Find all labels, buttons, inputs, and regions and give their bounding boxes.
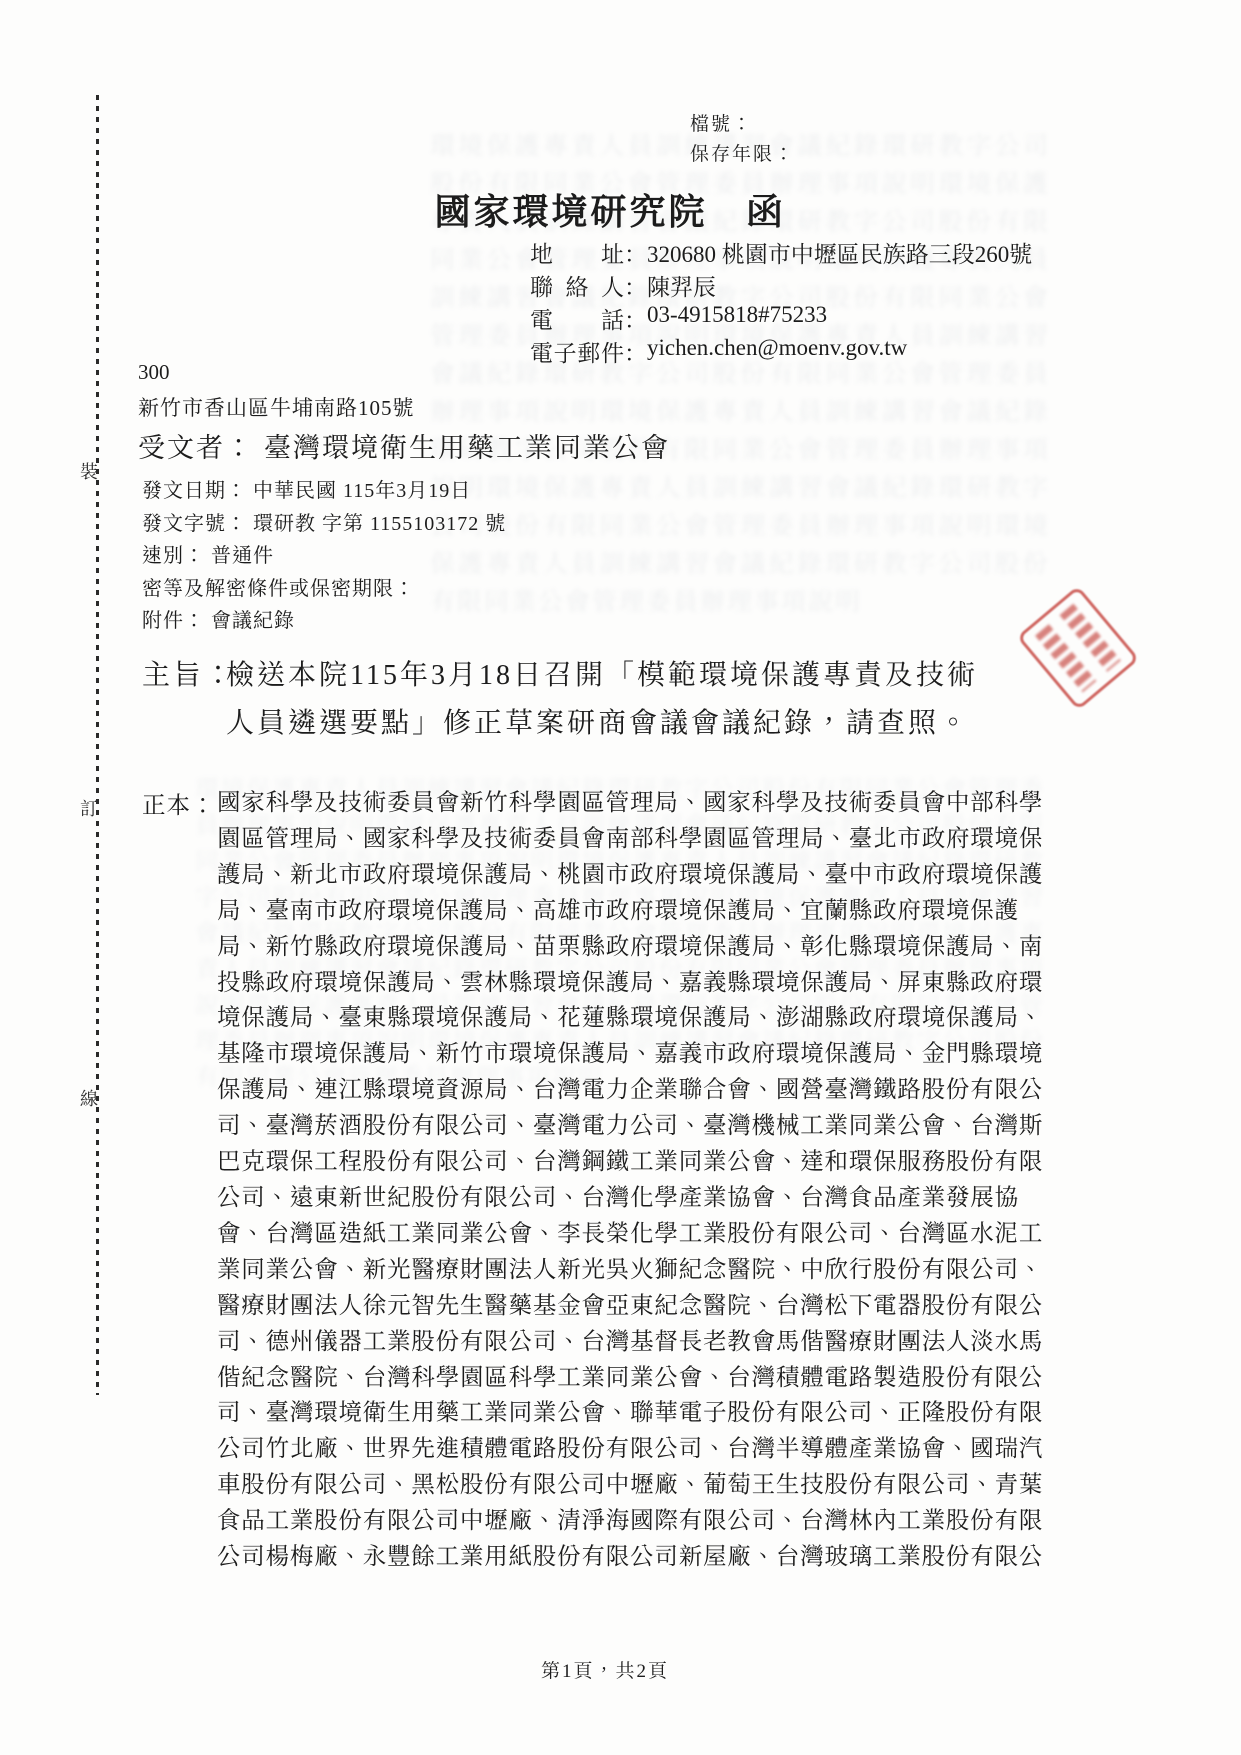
doc-number-row: 發文字號：環研教 字第 1155103172 號	[142, 507, 506, 540]
addressee-label: 受文者：	[138, 433, 254, 463]
recipients-text-line: 司、臺灣環境衛生用藥工業同業公會、聯華電子股份有限公司、正隆股份有限	[217, 1396, 1072, 1432]
sender-phone-value: 03-4915818#75233	[647, 302, 827, 328]
addressee-row: 受文者：臺灣環境衛生用藥工業同業公會	[138, 426, 670, 465]
recipients-text-line: 食品工業股份有限公司中壢廠、清淨海國際有限公司、台灣林內工業股份有限	[217, 1504, 1072, 1540]
doc-number-label: 發文字號：	[142, 513, 247, 535]
subject-line-1: 檢送本院115年3月18日召開「模範環境保護專責及技術	[226, 652, 1072, 700]
doc-number-value: 環研教 字第 1155103172 號	[253, 513, 506, 535]
binding-dotted-line	[96, 95, 99, 1395]
attachment-row: 附件：會議紀錄	[142, 604, 506, 637]
attachment-label: 附件：	[142, 610, 205, 632]
page-indicator: 第1頁，共2頁	[0, 1656, 1210, 1683]
sender-contact-row: 聯絡人：陳羿辰	[530, 269, 1032, 302]
recipients-text-line: 基隆市環境保護局、新竹市環境保護局、嘉義市政府環境保護局、金門縣環境	[217, 1037, 1072, 1073]
primary-recipients-block: 正本： 國家科學及技術委員會新竹科學園區管理局、國家科學及技術委員會中部科學園區…	[142, 786, 1072, 1576]
sender-address-row: 地址：320680 桃園市中壢區民族路三段260號	[530, 236, 1032, 269]
colon: ：	[624, 302, 647, 335]
sender-phone-row: 電話：03-4915818#75233	[530, 302, 1032, 335]
primary-recipients-label: 正本：	[142, 786, 216, 820]
sender-address-value: 320680 桃園市中壢區民族路三段260號	[647, 236, 1032, 269]
binding-mark-xian: 線	[78, 1085, 100, 1111]
recipients-text-line: 會、台灣區造紙工業同業公會、李長榮化學工業股份有限公司、台灣區水泥工	[217, 1217, 1072, 1253]
speed-class-value: 普通件	[211, 545, 274, 567]
colon: ：	[624, 335, 647, 368]
addressee-value: 臺灣環境衛生用藥工業同業公會	[264, 433, 670, 463]
issue-date-label: 發文日期：	[142, 480, 247, 502]
recipients-text-line: 投縣政府環境保護局、雲林縣環境保護局、嘉義縣環境保護局、屏東縣政府環	[217, 966, 1072, 1002]
sender-phone-label: 電話	[530, 302, 624, 335]
sender-contact-label: 聯絡人	[530, 269, 624, 302]
scanned-letter-page: 環境保護專責人員訓練講習會議紀錄環研教字公司股份有限同業公會管理委員辦理事項說明…	[0, 0, 1241, 1755]
recipients-text-line: 醫療財團法人徐元智先生醫藥基金會亞東紀念醫院、台灣松下電器股份有限公	[217, 1289, 1072, 1325]
subject-line-2: 人員遴選要點」修正草案研商會議會議紀錄，請查照。	[226, 700, 1072, 748]
retention-period-label: 保存年限：	[690, 140, 795, 170]
sender-address-label: 地址	[530, 236, 624, 269]
recipients-text-line: 巴克環保工程股份有限公司、台灣鋼鐵工業同業公會、達和環保服務股份有限	[217, 1145, 1072, 1181]
recipients-text-line: 局、新竹縣政府環境保護局、苗栗縣政府環境保護局、彰化縣環境保護局、南	[217, 930, 1072, 966]
recipient-postal-code: 300	[138, 360, 170, 385]
attachment-value: 會議紀錄	[211, 610, 295, 632]
speed-class-row: 速別：普通件	[142, 539, 506, 572]
issue-date-row: 發文日期：中華民國 115年3月19日	[142, 474, 506, 507]
recipients-text-line: 護局、新北市政府環境保護局、桃園市政府環境保護局、臺中市政府環境保護	[217, 858, 1072, 894]
recipients-text-line: 局、臺南市政府環境保護局、高雄市政府環境保護局、宜蘭縣政府環境保護	[217, 894, 1072, 930]
subject-block: 主旨： 檢送本院115年3月18日召開「模範環境保護專責及技術 人員遴選要點」修…	[142, 652, 1072, 748]
recipients-text-line: 公司楊梅廠、永豐餘工業用紙股份有限公司新屋廠、台灣玻璃工業股份有限公	[217, 1540, 1072, 1576]
file-number-block: 檔號： 保存年限：	[690, 110, 795, 170]
document-title: 國家環境研究院 函	[380, 184, 840, 235]
sender-contact-value: 陳羿辰	[647, 269, 716, 302]
subject-label: 主旨：	[142, 652, 235, 700]
binding-mark-zhuang: 裝	[78, 458, 100, 484]
colon: ：	[624, 236, 647, 269]
sender-email-row: 電子郵件：yichen.chen@moenv.gov.tw	[530, 335, 1032, 368]
recipients-text-line: 國家科學及技術委員會新竹科學園區管理局、國家科學及技術委員會中部科學	[217, 786, 1072, 822]
recipients-text-line: 公司竹北廠、世界先進積體電路股份有限公司、台灣半導體產業協會、國瑞汽	[217, 1432, 1072, 1468]
security-class-row: 密等及解密條件或保密期限：	[142, 572, 506, 605]
security-class-label: 密等及解密條件或保密期限：	[142, 578, 415, 600]
recipients-text-line: 司、臺灣菸酒股份有限公司、臺灣電力公司、臺灣機械工業同業公會、台灣斯	[217, 1109, 1072, 1145]
recipient-address: 新竹市香山區牛埔南路105號	[138, 392, 415, 422]
sender-info-block: 地址：320680 桃園市中壢區民族路三段260號 聯絡人：陳羿辰 電話：03-…	[530, 236, 1032, 368]
recipients-text-line: 保護局、連江縣環境資源局、台灣電力企業聯合會、國營臺灣鐵路股份有限公	[217, 1073, 1072, 1109]
recipients-text-line: 業同業公會、新光醫療財團法人新光吳火獅紀念醫院、中欣行股份有限公司、	[217, 1253, 1072, 1289]
file-number-label: 檔號：	[690, 110, 795, 140]
sender-email-value: yichen.chen@moenv.gov.tw	[647, 335, 907, 361]
binding-mark-ding: 訂	[78, 795, 100, 821]
recipients-text-line: 公司、遠東新世紀股份有限公司、台灣化學產業協會、台灣食品產業發展協	[217, 1181, 1072, 1217]
primary-recipients-lines: 國家科學及技術委員會新竹科學園區管理局、國家科學及技術委員會中部科學園區管理局、…	[142, 786, 1072, 1576]
sender-email-label: 電子郵件	[530, 335, 624, 368]
issue-date-value: 中華民國 115年3月19日	[253, 480, 471, 502]
speed-class-label: 速別：	[142, 545, 205, 567]
document-meta-block: 發文日期：中華民國 115年3月19日 發文字號：環研教 字第 11551031…	[142, 474, 506, 637]
recipients-text-line: 園區管理局、國家科學及技術委員會南部科學園區管理局、臺北市政府環境保	[217, 822, 1072, 858]
recipients-text-line: 司、德州儀器工業股份有限公司、台灣基督長老教會馬偕醫療財團法人淡水馬	[217, 1325, 1072, 1361]
recipients-text-line: 境保護局、臺東縣環境保護局、花蓮縣環境保護局、澎湖縣政府環境保護局、	[217, 1001, 1072, 1037]
recipients-text-line: 車股份有限公司、黑松股份有限公司中壢廠、葡萄王生技股份有限公司、青葉	[217, 1468, 1072, 1504]
recipients-text-line: 偕紀念醫院、台灣科學園區科學工業同業公會、台灣積體電路製造股份有限公	[217, 1361, 1072, 1397]
colon: ：	[624, 269, 647, 302]
